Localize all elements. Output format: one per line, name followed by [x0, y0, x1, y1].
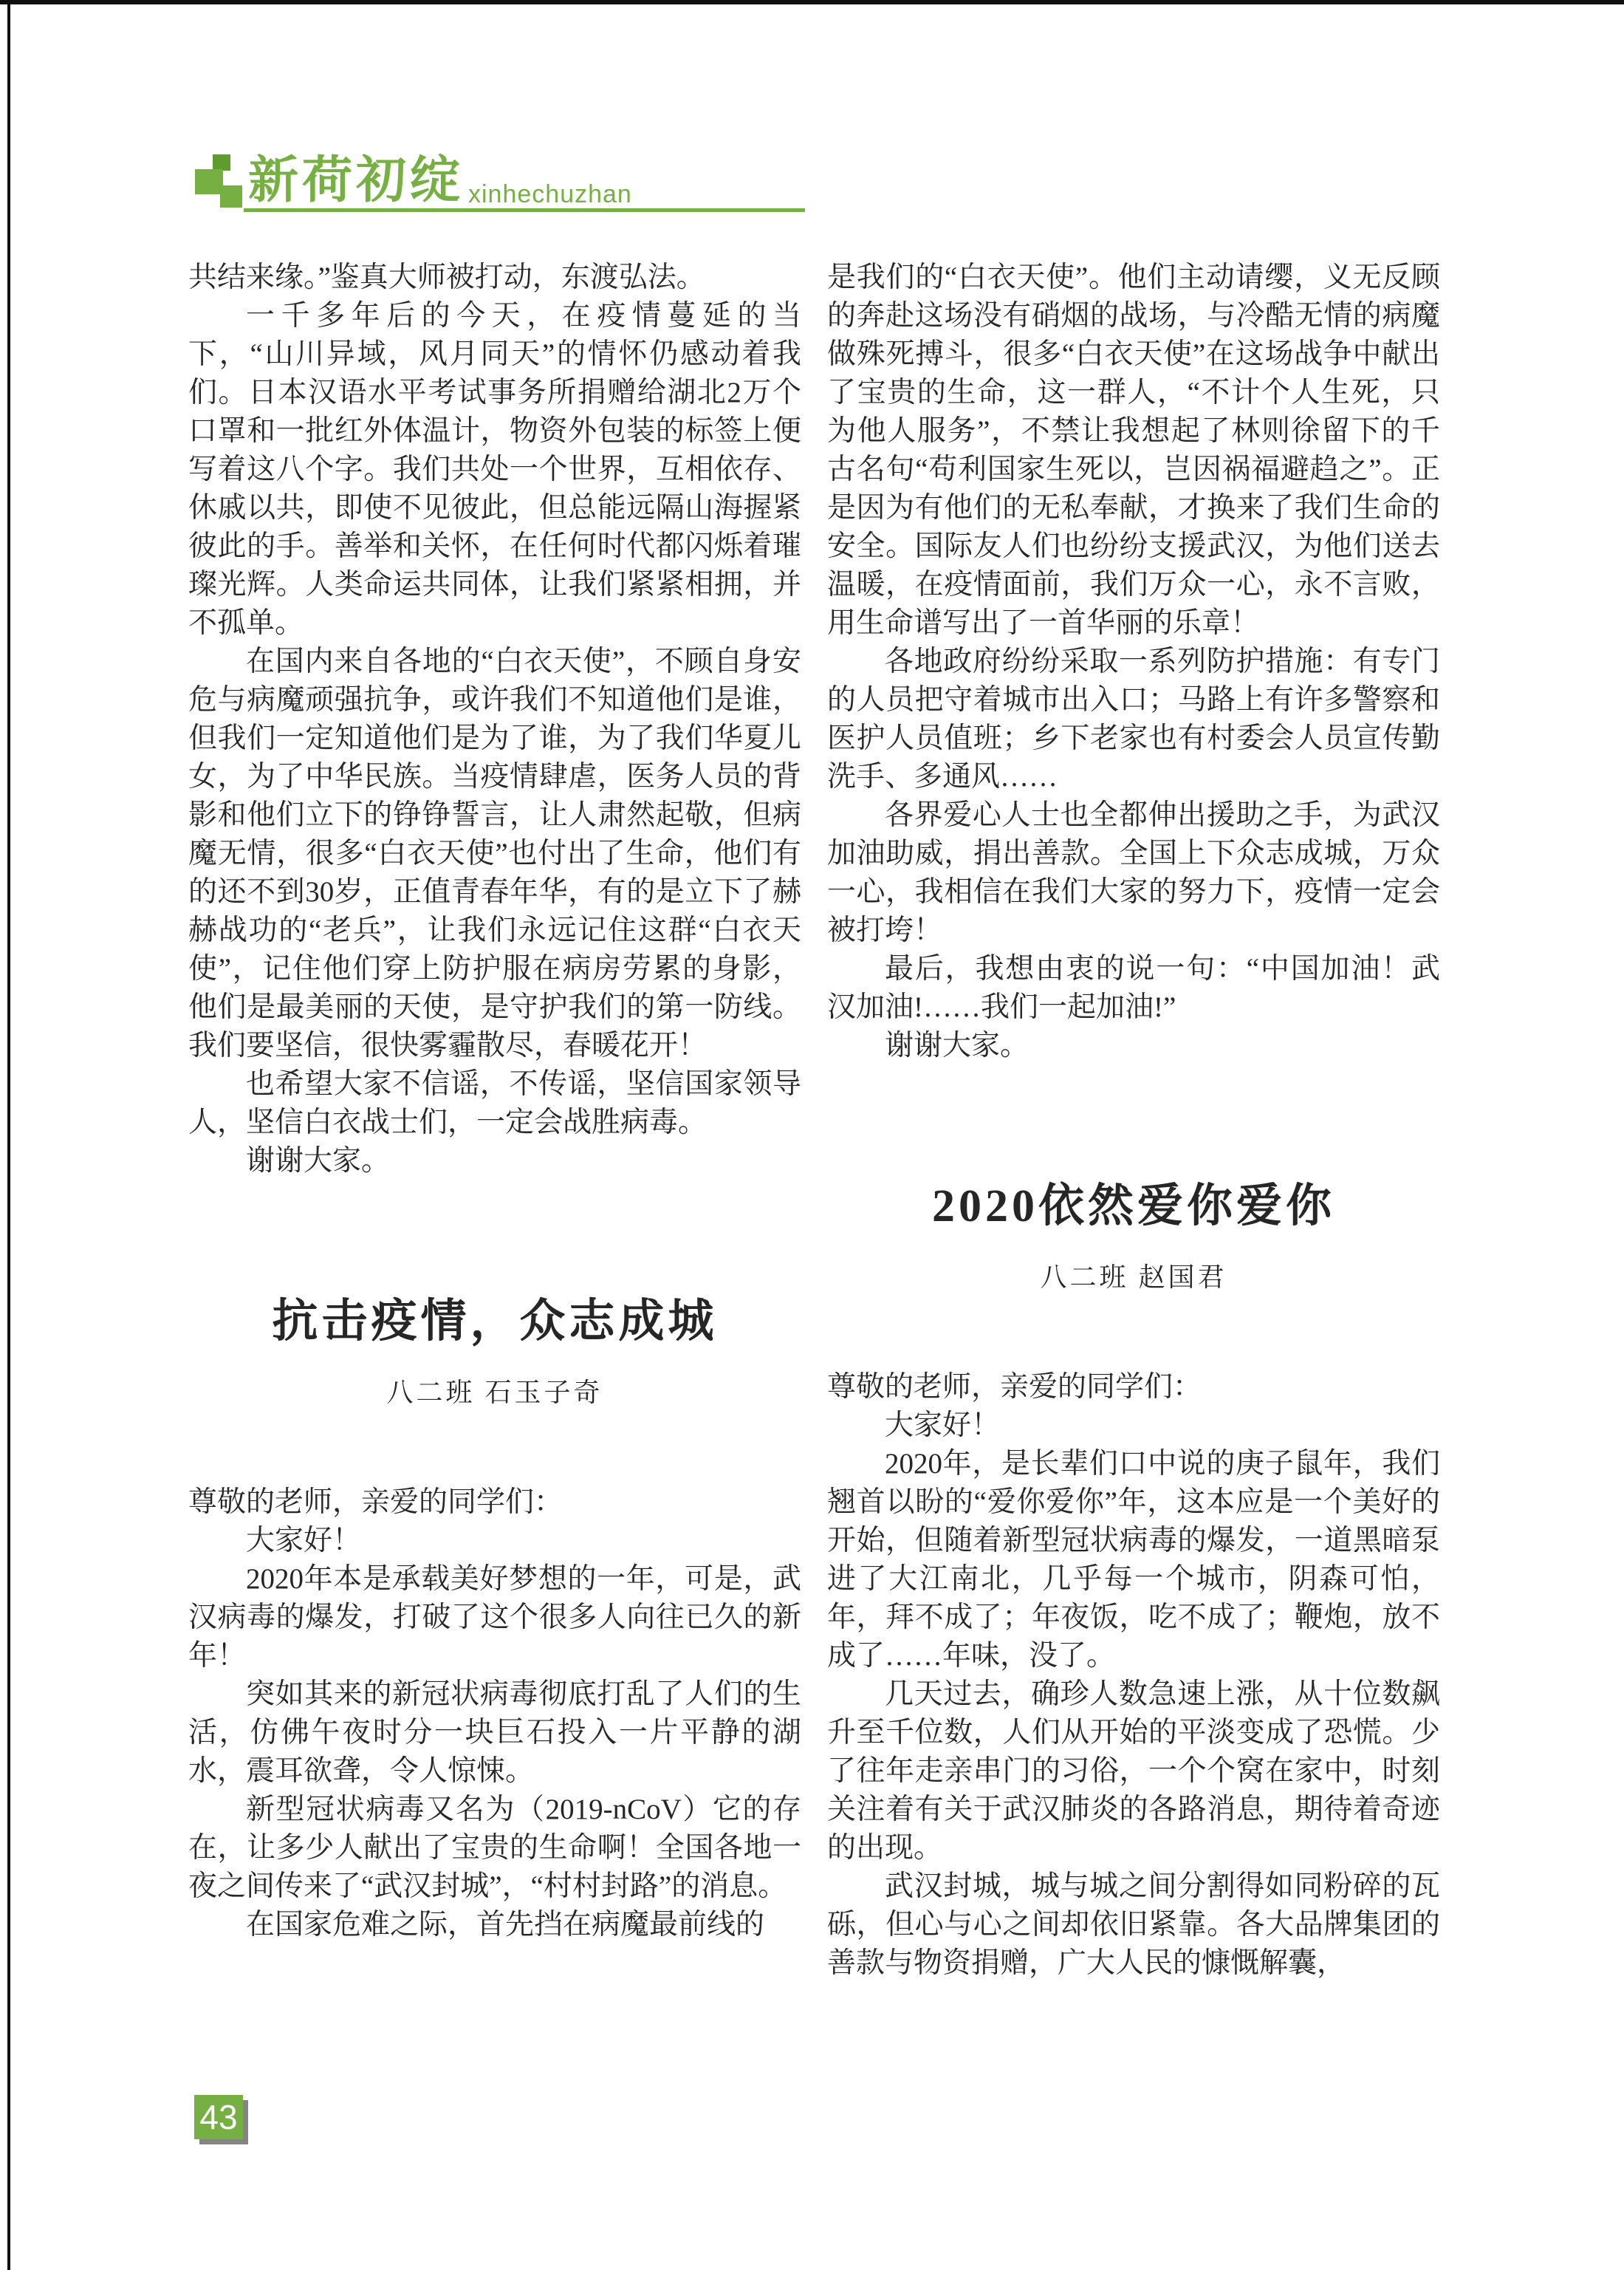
paragraph: 是我们的“白衣天使”。他们主动请缨，义无反顾的奔赴这场没有硝烟的战场，与冷酷无情… — [827, 259, 1440, 643]
magazine-page: 新荷初绽 xinhechuzhan 共结来缘。”鉴真大师被打动，东渡弘法。一千多… — [0, 0, 1624, 2270]
paragraph: 尊敬的老师，亲爱的同学们： — [188, 1483, 801, 1522]
paragraph: 大家好！ — [188, 1522, 801, 1560]
paragraph: 突如其来的新冠状病毒彻底打乱了人们的生活，仿佛午夜时分一块巨石投入一片平静的湖水… — [188, 1675, 801, 1791]
page-edge-left — [7, 0, 10, 2270]
paragraph: 最后，我想由衷的说一句：“中国加油！武汉加油!……我们一起加油!” — [827, 950, 1440, 1027]
page-number-badge: 43 — [194, 2095, 243, 2139]
article-author: 八二班 石玉子奇 — [188, 1375, 801, 1409]
paragraph: 大家好！ — [827, 1406, 1440, 1445]
magazine-header: 新荷初绽 xinhechuzhan — [191, 151, 929, 218]
paragraph: 在国家危难之际，首先挡在病魔最前线的 — [188, 1906, 801, 1944]
paragraph: 新型冠状病毒又名为（2019-nCoV）它的存在，让多少人献出了宝贵的生命啊！全… — [188, 1791, 801, 1906]
article-author: 八二班 赵国君 — [827, 1260, 1440, 1294]
magazine-title-pinyin: xinhechuzhan — [468, 178, 632, 211]
article-title: 抗击疫情，众志成城 — [188, 1293, 801, 1350]
logo-squares-icon — [193, 154, 247, 211]
paragraph: 武汉封城，城与城之间分割得如同粉碎的瓦砾，但心与心之间却依旧紧靠。各大品牌集团的… — [827, 1867, 1440, 1983]
left-column: 共结来缘。”鉴真大师被打动，东渡弘法。一千多年后的今天，在疫情蔓延的当下，“山川… — [188, 259, 801, 1944]
paragraph: 2020年，是长辈们口中说的庚子鼠年，我们翘首以盼的“爱你爱你”年，这本应是一个… — [827, 1445, 1440, 1675]
page-edge-top — [0, 0, 1624, 4]
paragraph: 也希望大家不信谣，不传谣，坚信国家领导人，坚信白衣战士们，一定会战胜病毒。 — [188, 1065, 801, 1142]
right-column: 是我们的“白衣天使”。他们主动请缨，义无反顾的奔赴这场没有硝烟的战场，与冷酷无情… — [827, 259, 1440, 1983]
article-title: 2020依然爱你爱你 — [827, 1177, 1440, 1235]
paragraph: 共结来缘。”鉴真大师被打动，东渡弘法。 — [188, 259, 801, 297]
paragraph: 谢谢大家。 — [827, 1027, 1440, 1065]
paragraph: 各界爱心人士也全都伸出援助之手，为武汉加油助威，捐出善款。全国上下众志成城，万众… — [827, 796, 1440, 950]
paragraph: 2020年本是承载美好梦想的一年，可是，武汉病毒的爆发，打破了这个很多人向往已久… — [188, 1560, 801, 1675]
header-underline — [244, 208, 805, 212]
paragraph: 谢谢大家。 — [188, 1142, 801, 1180]
paragraph: 尊敬的老师，亲爱的同学们： — [827, 1368, 1440, 1406]
paragraph: 各地政府纷纷采取一系列防护措施：有专门的人员把守着城市出入口；马路上有许多警察和… — [827, 643, 1440, 796]
paragraph: 一千多年后的今天，在疫情蔓延的当下，“山川异域，风月同天”的情怀仍感动着我们。日… — [188, 297, 801, 643]
paragraph: 几天过去，确珍人数急速上涨，从十位数飙升至千位数，人们从开始的平淡变成了恐慌。少… — [827, 1675, 1440, 1867]
paragraph: 在国内来自各地的“白衣天使”，不顾自身安危与病魔顽强抗争，或许我们不知道他们是谁… — [188, 643, 801, 1065]
magazine-title: 新荷初绽 — [248, 151, 464, 209]
